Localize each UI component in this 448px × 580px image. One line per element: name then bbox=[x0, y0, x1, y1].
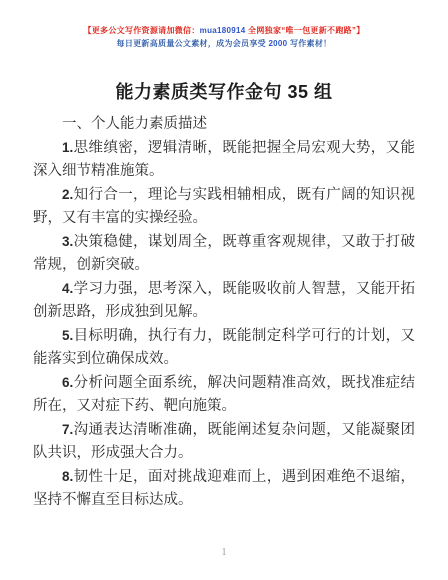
item-number: 2. bbox=[62, 187, 73, 202]
golden-sentence-item-7: 7.沟通表达清晰准确，既能阐述复杂问题，又能凝聚团队共识，形成强大合力。 bbox=[33, 418, 415, 465]
page-number: 1 bbox=[0, 547, 448, 558]
item-number: 4. bbox=[62, 281, 73, 296]
promo-line1-prefix: 【更多公文写作资源请加微信： bbox=[83, 26, 199, 35]
promo-header: 【更多公文写作资源请加微信：mua180914 全网独家“唯一包更新不跑路”】 … bbox=[0, 0, 448, 50]
section-heading: 一、个人能力素质描述 bbox=[33, 113, 415, 136]
item-number: 7. bbox=[62, 422, 73, 437]
wechat-id: mua180914 bbox=[200, 26, 246, 35]
item-text: 学习力强，思考深入，既能吸收前人智慧，又能开拓创新思路，形成独到见解。 bbox=[33, 281, 415, 320]
promo-line2-prefix: 每日更新高质量公文素材，成为会员享受 bbox=[117, 39, 269, 48]
item-number: 6. bbox=[62, 375, 73, 390]
item-text: 目标明确，执行有力，既能制定科学可行的计划，又能落实到位确保成效。 bbox=[33, 328, 415, 367]
page-title: 能力素质类写作金句 35 组 bbox=[0, 81, 448, 103]
golden-sentence-item-2: 2.知行合一，理论与实践相辅相成，既有广阔的知识视野，又有丰富的实操经验。 bbox=[33, 183, 415, 230]
item-text: 沟通表达清晰准确，既能阐述复杂问题，又能凝聚团队共识，形成强大合力。 bbox=[33, 422, 415, 461]
golden-sentence-item-5: 5.目标明确，执行有力，既能制定科学可行的计划，又能落实到位确保成效。 bbox=[33, 324, 415, 371]
item-text: 分析问题全面系统，解决问题精准高效，既找准症结所在，又对症下药、靶向施策。 bbox=[33, 375, 415, 414]
item-number: 8. bbox=[62, 469, 73, 484]
golden-sentence-item-3: 3.决策稳健，谋划周全，既尊重客观规律，又敢于打破常规，创新突破。 bbox=[33, 230, 415, 277]
item-number: 3. bbox=[62, 234, 73, 249]
promo-line-2: 每日更新高质量公文素材，成为会员享受 2000 写作素材！ bbox=[0, 37, 448, 50]
golden-sentence-item-1: 1.思维缜密，逻辑清晰，既能把握全局宏观大势，又能深入细节精准施策。 bbox=[33, 136, 415, 183]
golden-sentence-item-8: 8.韧性十足，面对挑战迎难而上，遇到困难绝不退缩，坚持不懈直至目标达成。 bbox=[33, 465, 415, 512]
promo-line-1: 【更多公文写作资源请加微信：mua180914 全网独家“唯一包更新不跑路”】 bbox=[0, 24, 448, 37]
promo-line1-suffix: 全网独家“唯一包更新不跑路”】 bbox=[246, 26, 365, 35]
material-count: 2000 bbox=[268, 39, 287, 48]
item-number: 1. bbox=[62, 140, 73, 155]
document-body: 一、个人能力素质描述 1.思维缜密，逻辑清晰，既能把握全局宏观大势，又能深入细节… bbox=[33, 113, 415, 512]
golden-sentence-item-4: 4.学习力强，思考深入，既能吸收前人智慧，又能开拓创新思路，形成独到见解。 bbox=[33, 277, 415, 324]
item-text: 决策稳健，谋划周全，既尊重客观规律，又敢于打破常规，创新突破。 bbox=[33, 234, 415, 273]
item-text: 韧性十足，面对挑战迎难而上，遇到困难绝不退缩，坚持不懈直至目标达成。 bbox=[33, 469, 415, 508]
golden-sentence-item-6: 6.分析问题全面系统，解决问题精准高效，既找准症结所在，又对症下药、靶向施策。 bbox=[33, 371, 415, 418]
document-page: 【更多公文写作资源请加微信：mua180914 全网独家“唯一包更新不跑路”】 … bbox=[0, 0, 448, 580]
item-number: 5. bbox=[62, 328, 73, 343]
promo-line2-suffix: 写作素材！ bbox=[287, 39, 331, 48]
item-text: 知行合一，理论与实践相辅相成，既有广阔的知识视野，又有丰富的实操经验。 bbox=[33, 187, 415, 226]
item-text: 思维缜密，逻辑清晰，既能把握全局宏观大势，又能深入细节精准施策。 bbox=[33, 140, 415, 179]
